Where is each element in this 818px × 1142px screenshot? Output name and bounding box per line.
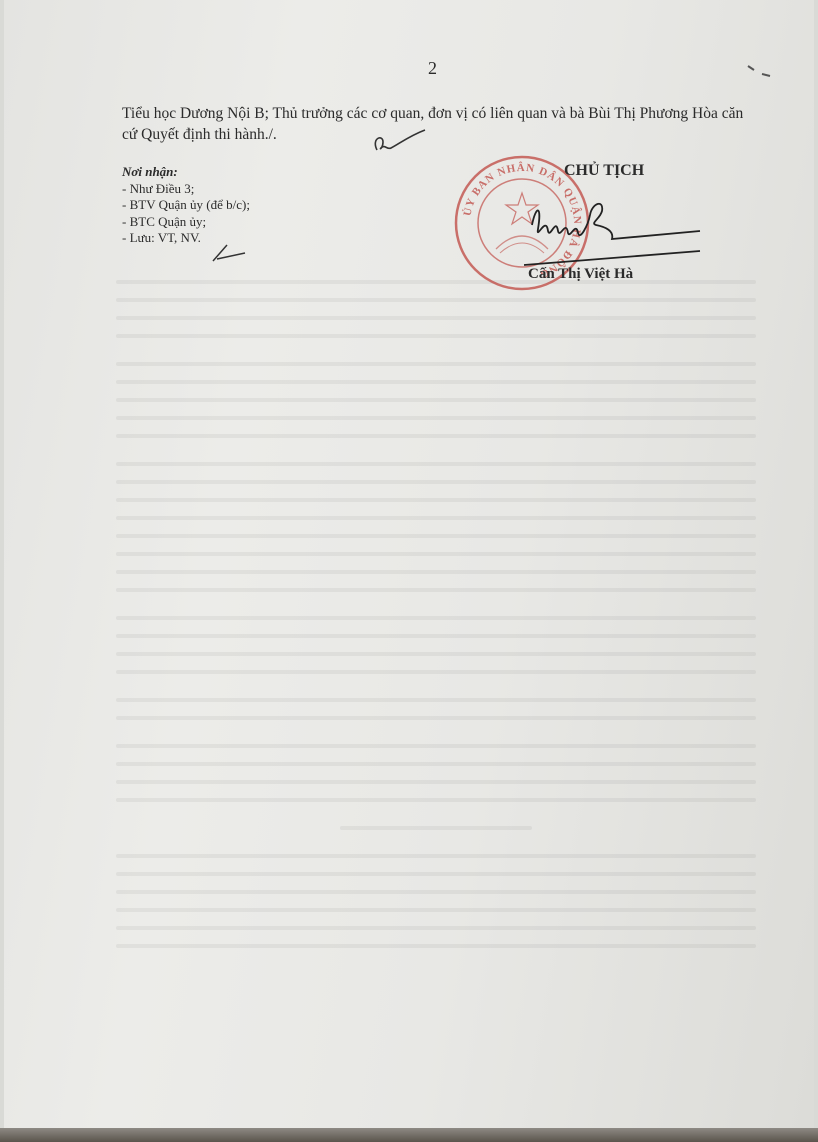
- document-page: 2 Tiểu học Dương Nội B; Thủ trưởng các c…: [4, 0, 814, 1132]
- background-surface: [0, 1128, 818, 1142]
- handwritten-signature: [524, 195, 704, 270]
- initial-signature: [369, 128, 429, 158]
- closing-paragraph: Tiểu học Dương Nội B; Thủ trưởng các cơ …: [122, 103, 752, 145]
- recipient-item: - BTV Quận ủy (để b/c);: [122, 197, 250, 214]
- corner-mark: [744, 62, 784, 82]
- page-number: 2: [428, 58, 437, 79]
- recipient-item: - Như Điều 3;: [122, 181, 250, 198]
- recipient-item: - BTC Quận ủy;: [122, 214, 250, 231]
- recipients-title: Nơi nhận:: [122, 164, 250, 181]
- signer-title: CHỦ TỊCH: [564, 162, 644, 180]
- bleed-through-text: [116, 280, 756, 962]
- signer-name: Cấn Thị Việt Hà: [528, 266, 633, 283]
- initial-mark: [209, 235, 249, 265]
